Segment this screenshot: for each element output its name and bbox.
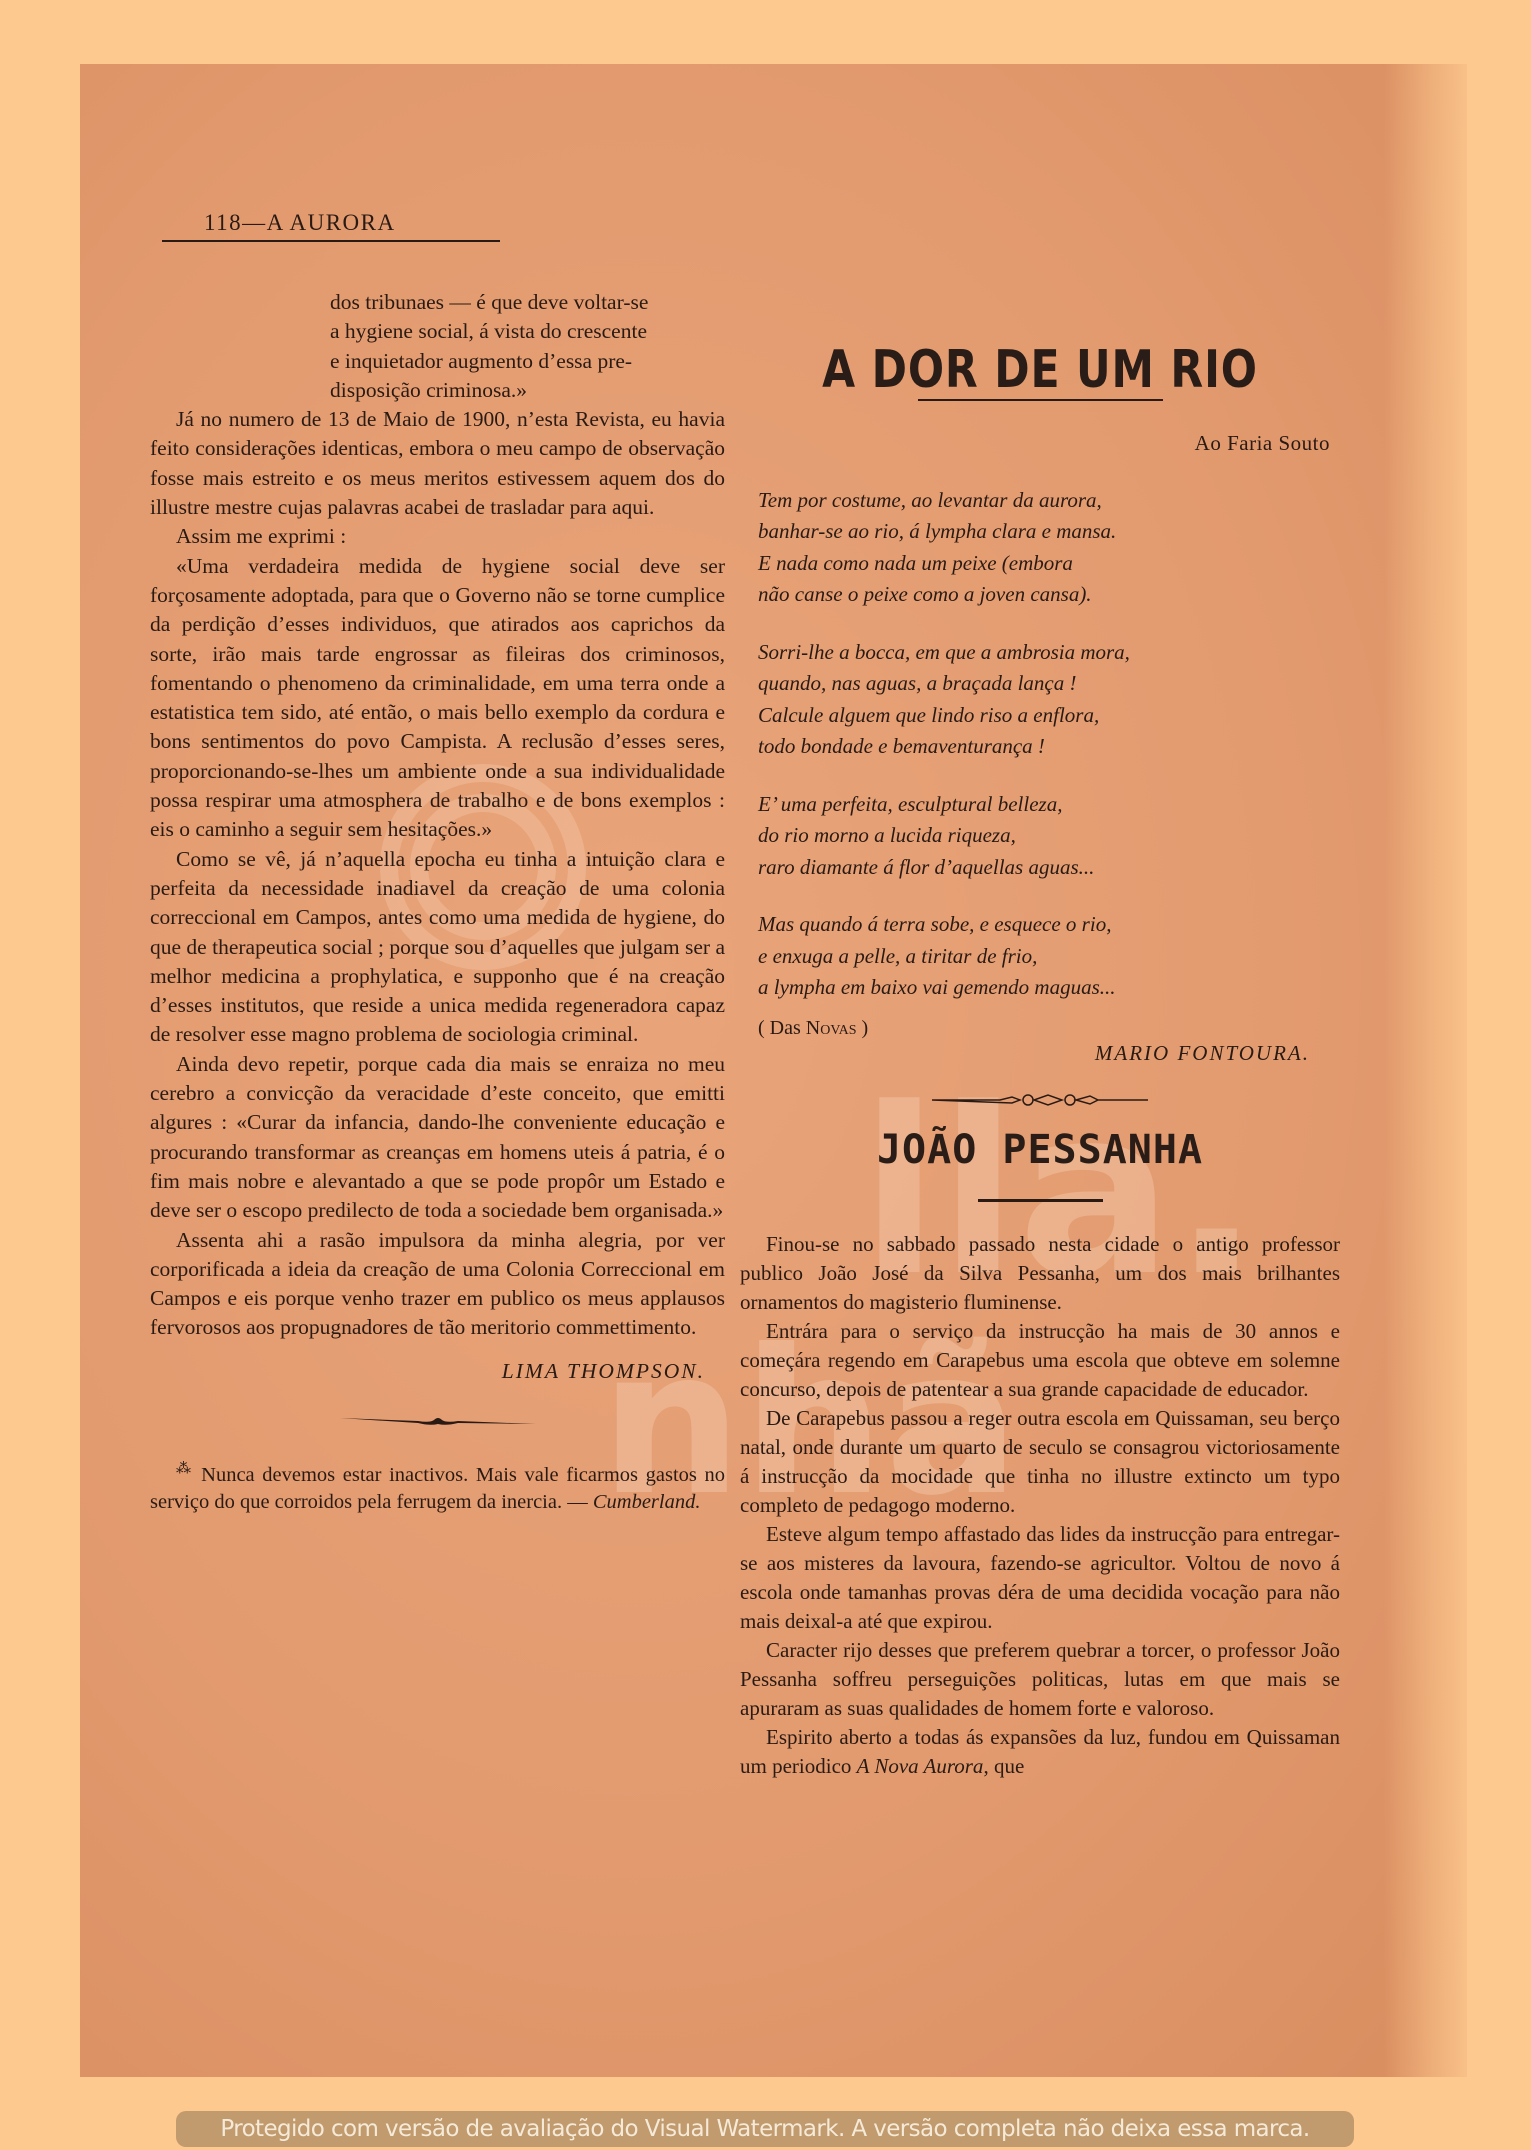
article-body: Finou-se no sabbado passado nesta cidade… (740, 1230, 1340, 1781)
verse: Calcule alguem que lindo riso a enflora, (758, 700, 1340, 732)
running-head: 118—A AURORA (162, 210, 500, 242)
paragraph: Espirito aberto a todas ás expansões da … (740, 1723, 1340, 1781)
paragraph: Caracter rijo desses que preferem quebra… (740, 1636, 1340, 1723)
paragraph: Entrára para o serviço da instrucção ha … (740, 1317, 1340, 1404)
verse: raro diamante á flor d’aquellas aguas... (758, 852, 1340, 884)
flourish-divider-icon (930, 1092, 1150, 1108)
verse: a lympha em baixo vai gemendo maguas... (758, 972, 1340, 1004)
maxim: ⁂ Nunca devemos estar inactivos. Mais va… (150, 1456, 725, 1516)
verse: banhar-se ao rio, á lympha clara e mansa… (758, 516, 1340, 548)
text-line: e inquietador augmento d’essa pre- (330, 347, 725, 376)
text: , que (983, 1754, 1024, 1778)
poem-stanza: Sorri-lhe a bocca, em que a ambrosia mor… (740, 637, 1340, 763)
verse: não canse o peixe como a joven cansa). (758, 579, 1340, 611)
poem-dedication: Ao Faria Souto (740, 429, 1340, 458)
poem-title: A DOR DE UM RIO (794, 356, 1286, 385)
continued-quote: dos tribunaes — é que deve voltar-se a h… (330, 288, 725, 405)
poem-author: MARIO FONTOURA. (740, 1039, 1340, 1068)
paragraph: Como se vê, já n’aquella epocha eu tinha… (150, 845, 725, 1050)
text-line: dos tribunaes — é que deve voltar-se (330, 288, 725, 317)
paragraph: De Carapebus passou a reger outra escola… (740, 1404, 1340, 1520)
left-column: dos tribunaes — é que deve voltar-se a h… (150, 288, 725, 1516)
paragraph: Esteve algum tempo affastado das lides d… (740, 1520, 1340, 1636)
source-name: Novas (806, 1017, 857, 1039)
verse: do rio morno a lucida riqueza, (758, 820, 1340, 852)
text: Espirito aberto a todas ás expansões da … (740, 1725, 1340, 1778)
author-signature: LIMA THOMPSON. (150, 1357, 725, 1386)
paragraph: Assenta ahi a rasão impulsora da minha a… (150, 1226, 725, 1343)
maxim-author: Cumberland. (593, 1491, 701, 1513)
ornament-divider-icon (338, 1412, 538, 1428)
block-quote: «Uma verdadeira medida de hygiene social… (150, 552, 725, 845)
verse: Sorri-lhe a bocca, em que a ambrosia mor… (758, 637, 1340, 669)
verse: Mas quando á terra sobe, e esquece o rio… (758, 909, 1340, 941)
poem-stanza: Tem por costume, ao levantar da aurora, … (740, 485, 1340, 611)
source-close: ) (857, 1017, 869, 1039)
article-rule (978, 1199, 1103, 1202)
asterism-icon: ⁂ (176, 1461, 194, 1477)
text-line: disposição criminosa.» (330, 376, 725, 405)
verse: Tem por costume, ao levantar da aurora, (758, 485, 1340, 517)
paragraph: Já no numero de 13 de Maio de 1900, n’es… (150, 405, 725, 522)
verse: e enxuga a pelle, a tiritar de frio, (758, 941, 1340, 973)
text-line: a hygiene social, á vista do crescente (330, 317, 725, 346)
right-column: A DOR DE UM RIO Ao Faria Souto Tem por c… (740, 296, 1340, 1781)
paragraph: Ainda devo repetir, porque cada dia mais… (150, 1050, 725, 1226)
periodical-name: A Nova Aurora (857, 1754, 984, 1778)
newspaper-page: lla. nhã 118—A AURORA dos tribunaes — é … (80, 64, 1467, 2077)
paragraph: Finou-se no sabbado passado nesta cidade… (740, 1230, 1340, 1317)
verse: E nada como nada um peixe (embora (758, 548, 1340, 580)
paragraph: Assim me exprimi : (150, 522, 725, 551)
poem-stanza: E’ uma perfeita, esculptural belleza, do… (740, 789, 1340, 884)
poem-stanza: Mas quando á terra sobe, e esquece o rio… (740, 909, 1340, 1004)
verse: quando, nas aguas, a braçada lança ! (758, 668, 1340, 700)
article-title: JOÃO PESSANHA (740, 1136, 1340, 1165)
verse: todo bondade e bemaventurança ! (758, 731, 1340, 763)
source-open: ( Das (758, 1017, 806, 1039)
visual-watermark-banner: Protegido com versão de avaliação do Vis… (176, 2111, 1354, 2147)
verse: E’ uma perfeita, esculptural belleza, (758, 789, 1340, 821)
